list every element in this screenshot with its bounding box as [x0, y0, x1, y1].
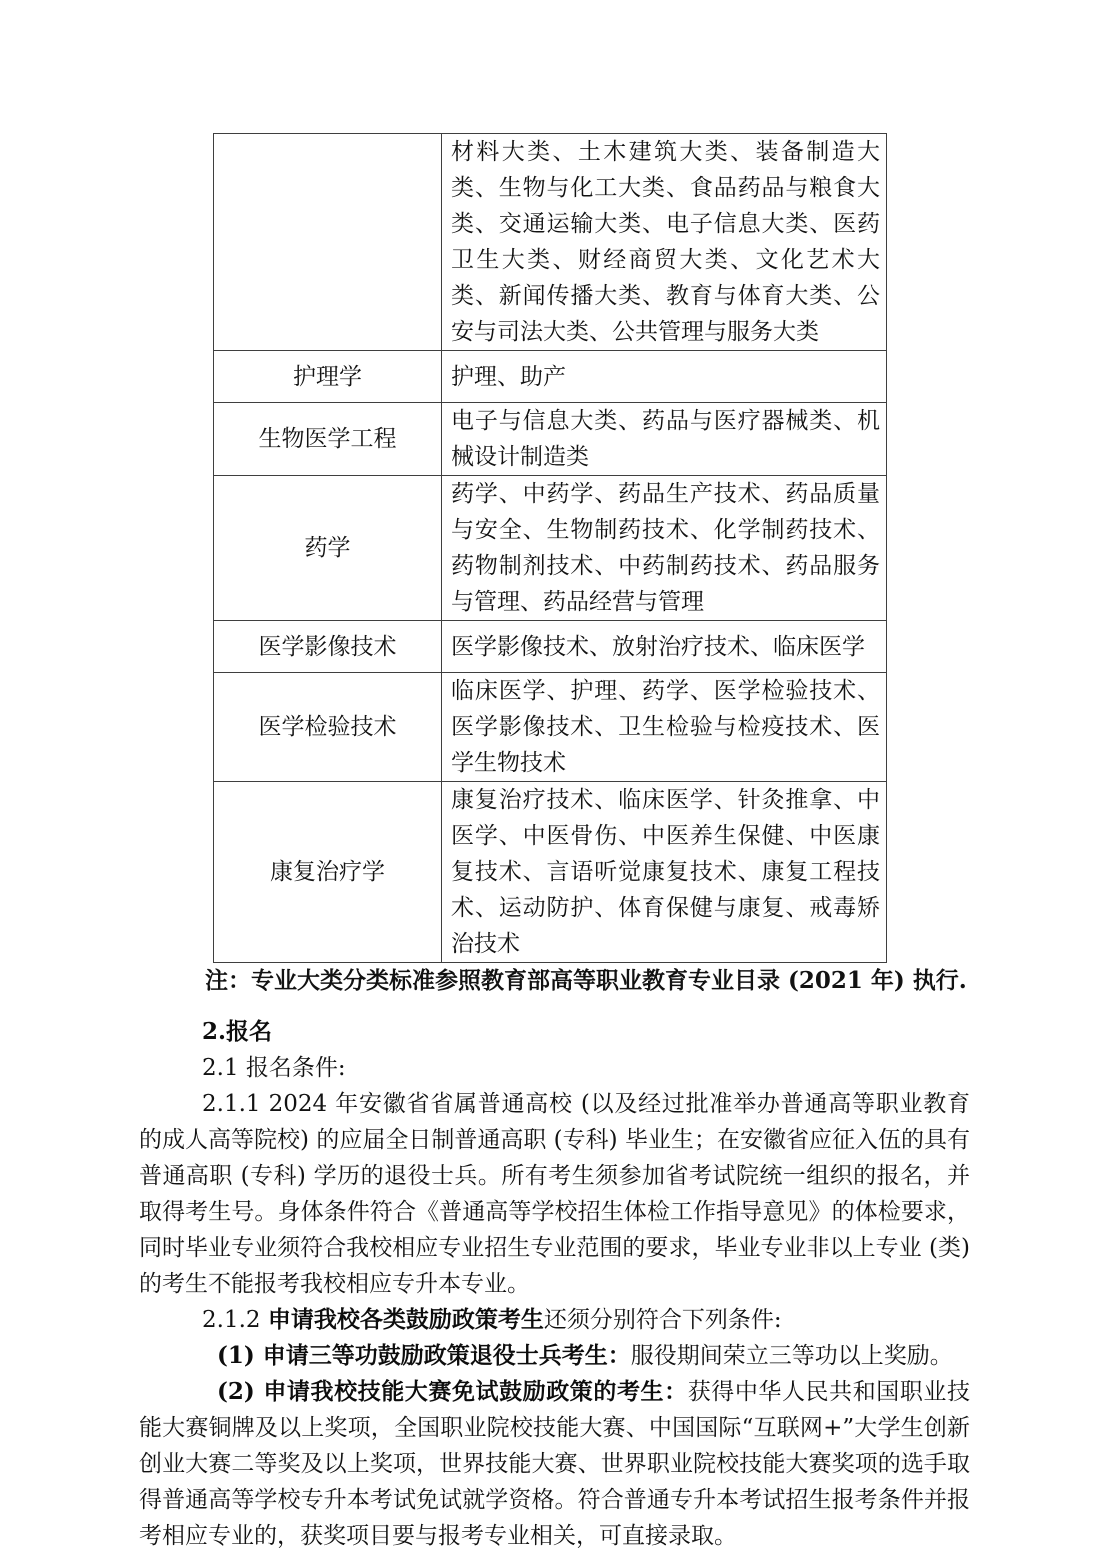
majors-table: 材料大类、土木建筑大类、装备制造大类、生物与化工大类、食品药品与粮食大类、交通运… [213, 133, 887, 963]
category-cell: 护理学 [214, 351, 442, 403]
para-2-1: 2.1 报名条件: [139, 1050, 970, 1086]
table-row: 康复治疗学 康复治疗技术、临床医学、针灸推拿、中医学、中医骨伤、中医养生保健、中… [214, 782, 887, 963]
table-row: 护理学 护理、助产 [214, 351, 887, 403]
list-item-1: (1) 申请三等功鼓励政策退役士兵考生：服役期间荣立三等功以上奖励。 [139, 1338, 970, 1374]
list-item-2: (2) 申请我校技能大赛免试鼓励政策的考生：获得中华人民共和国职业技能大赛铜牌及… [139, 1374, 970, 1554]
list-item-1-bold-label: (1) 申请三等功鼓励政策退役士兵考生： [217, 1342, 631, 1369]
majors-cell: 临床医学、护理、药学、医学检验技术、医学影像技术、卫生检验与检疫技术、医学生物技… [442, 673, 887, 782]
table-row: 材料大类、土木建筑大类、装备制造大类、生物与化工大类、食品药品与粮食大类、交通运… [214, 134, 887, 351]
table-row: 医学检验技术 临床医学、护理、药学、医学检验技术、医学影像技术、卫生检验与检疫技… [214, 673, 887, 782]
category-cell: 生物医学工程 [214, 403, 442, 476]
para-2-1-1: 2.1.1 2024 年安徽省省属普通高校 (以及经过批准举办普通高等职业教育的… [139, 1086, 970, 1302]
majors-cell: 医学影像技术、放射治疗技术、临床医学 [442, 621, 887, 673]
para-2-1-2-rest: 还须分别符合下列条件: [544, 1307, 782, 1333]
majors-cell: 护理、助产 [442, 351, 887, 403]
para-2-1-2-number: 2.1.2 [202, 1307, 268, 1333]
category-cell: 药学 [214, 476, 442, 621]
majors-cell: 电子与信息大类、药品与医疗器械类、机械设计制造类 [442, 403, 887, 476]
majors-cell: 药学、中药学、药品生产技术、药品质量与安全、生物制药技术、化学制药技术、药物制剂… [442, 476, 887, 621]
table-row: 生物医学工程 电子与信息大类、药品与医疗器械类、机械设计制造类 [214, 403, 887, 476]
para-2-1-2: 2.1.2 申请我校各类鼓励政策考生还须分别符合下列条件: [139, 1302, 970, 1338]
majors-cell: 材料大类、土木建筑大类、装备制造大类、生物与化工大类、食品药品与粮食大类、交通运… [442, 134, 887, 351]
category-cell [214, 134, 442, 351]
category-cell: 康复治疗学 [214, 782, 442, 963]
list-item-1-rest: 服役期间荣立三等功以上奖励。 [631, 1343, 953, 1369]
para-2-1-2-bold-label: 申请我校各类鼓励政策考生 [268, 1306, 544, 1333]
document-content: 材料大类、土木建筑大类、装备制造大类、生物与化工大类、食品药品与粮食大类、交通运… [139, 133, 970, 1554]
majors-cell: 康复治疗技术、临床医学、针灸推拿、中医学、中医骨伤、中医养生保健、中医康复技术、… [442, 782, 887, 963]
category-cell: 医学影像技术 [214, 621, 442, 673]
category-cell: 医学检验技术 [214, 673, 442, 782]
list-item-2-bold-label: (2) 申请我校技能大赛免试鼓励政策的考生： [217, 1378, 688, 1405]
table-row: 药学 药学、中药学、药品生产技术、药品质量与安全、生物制药技术、化学制药技术、药… [214, 476, 887, 621]
section-heading: 2.报名 [139, 1014, 970, 1050]
document-page: 材料大类、土木建筑大类、装备制造大类、生物与化工大类、食品药品与粮食大类、交通运… [0, 0, 1102, 1559]
table-row: 医学影像技术 医学影像技术、放射治疗技术、临床医学 [214, 621, 887, 673]
table-note: 注：专业大类分类标准参照教育部高等职业教育专业目录 (2021 年) 执行. [139, 963, 970, 999]
